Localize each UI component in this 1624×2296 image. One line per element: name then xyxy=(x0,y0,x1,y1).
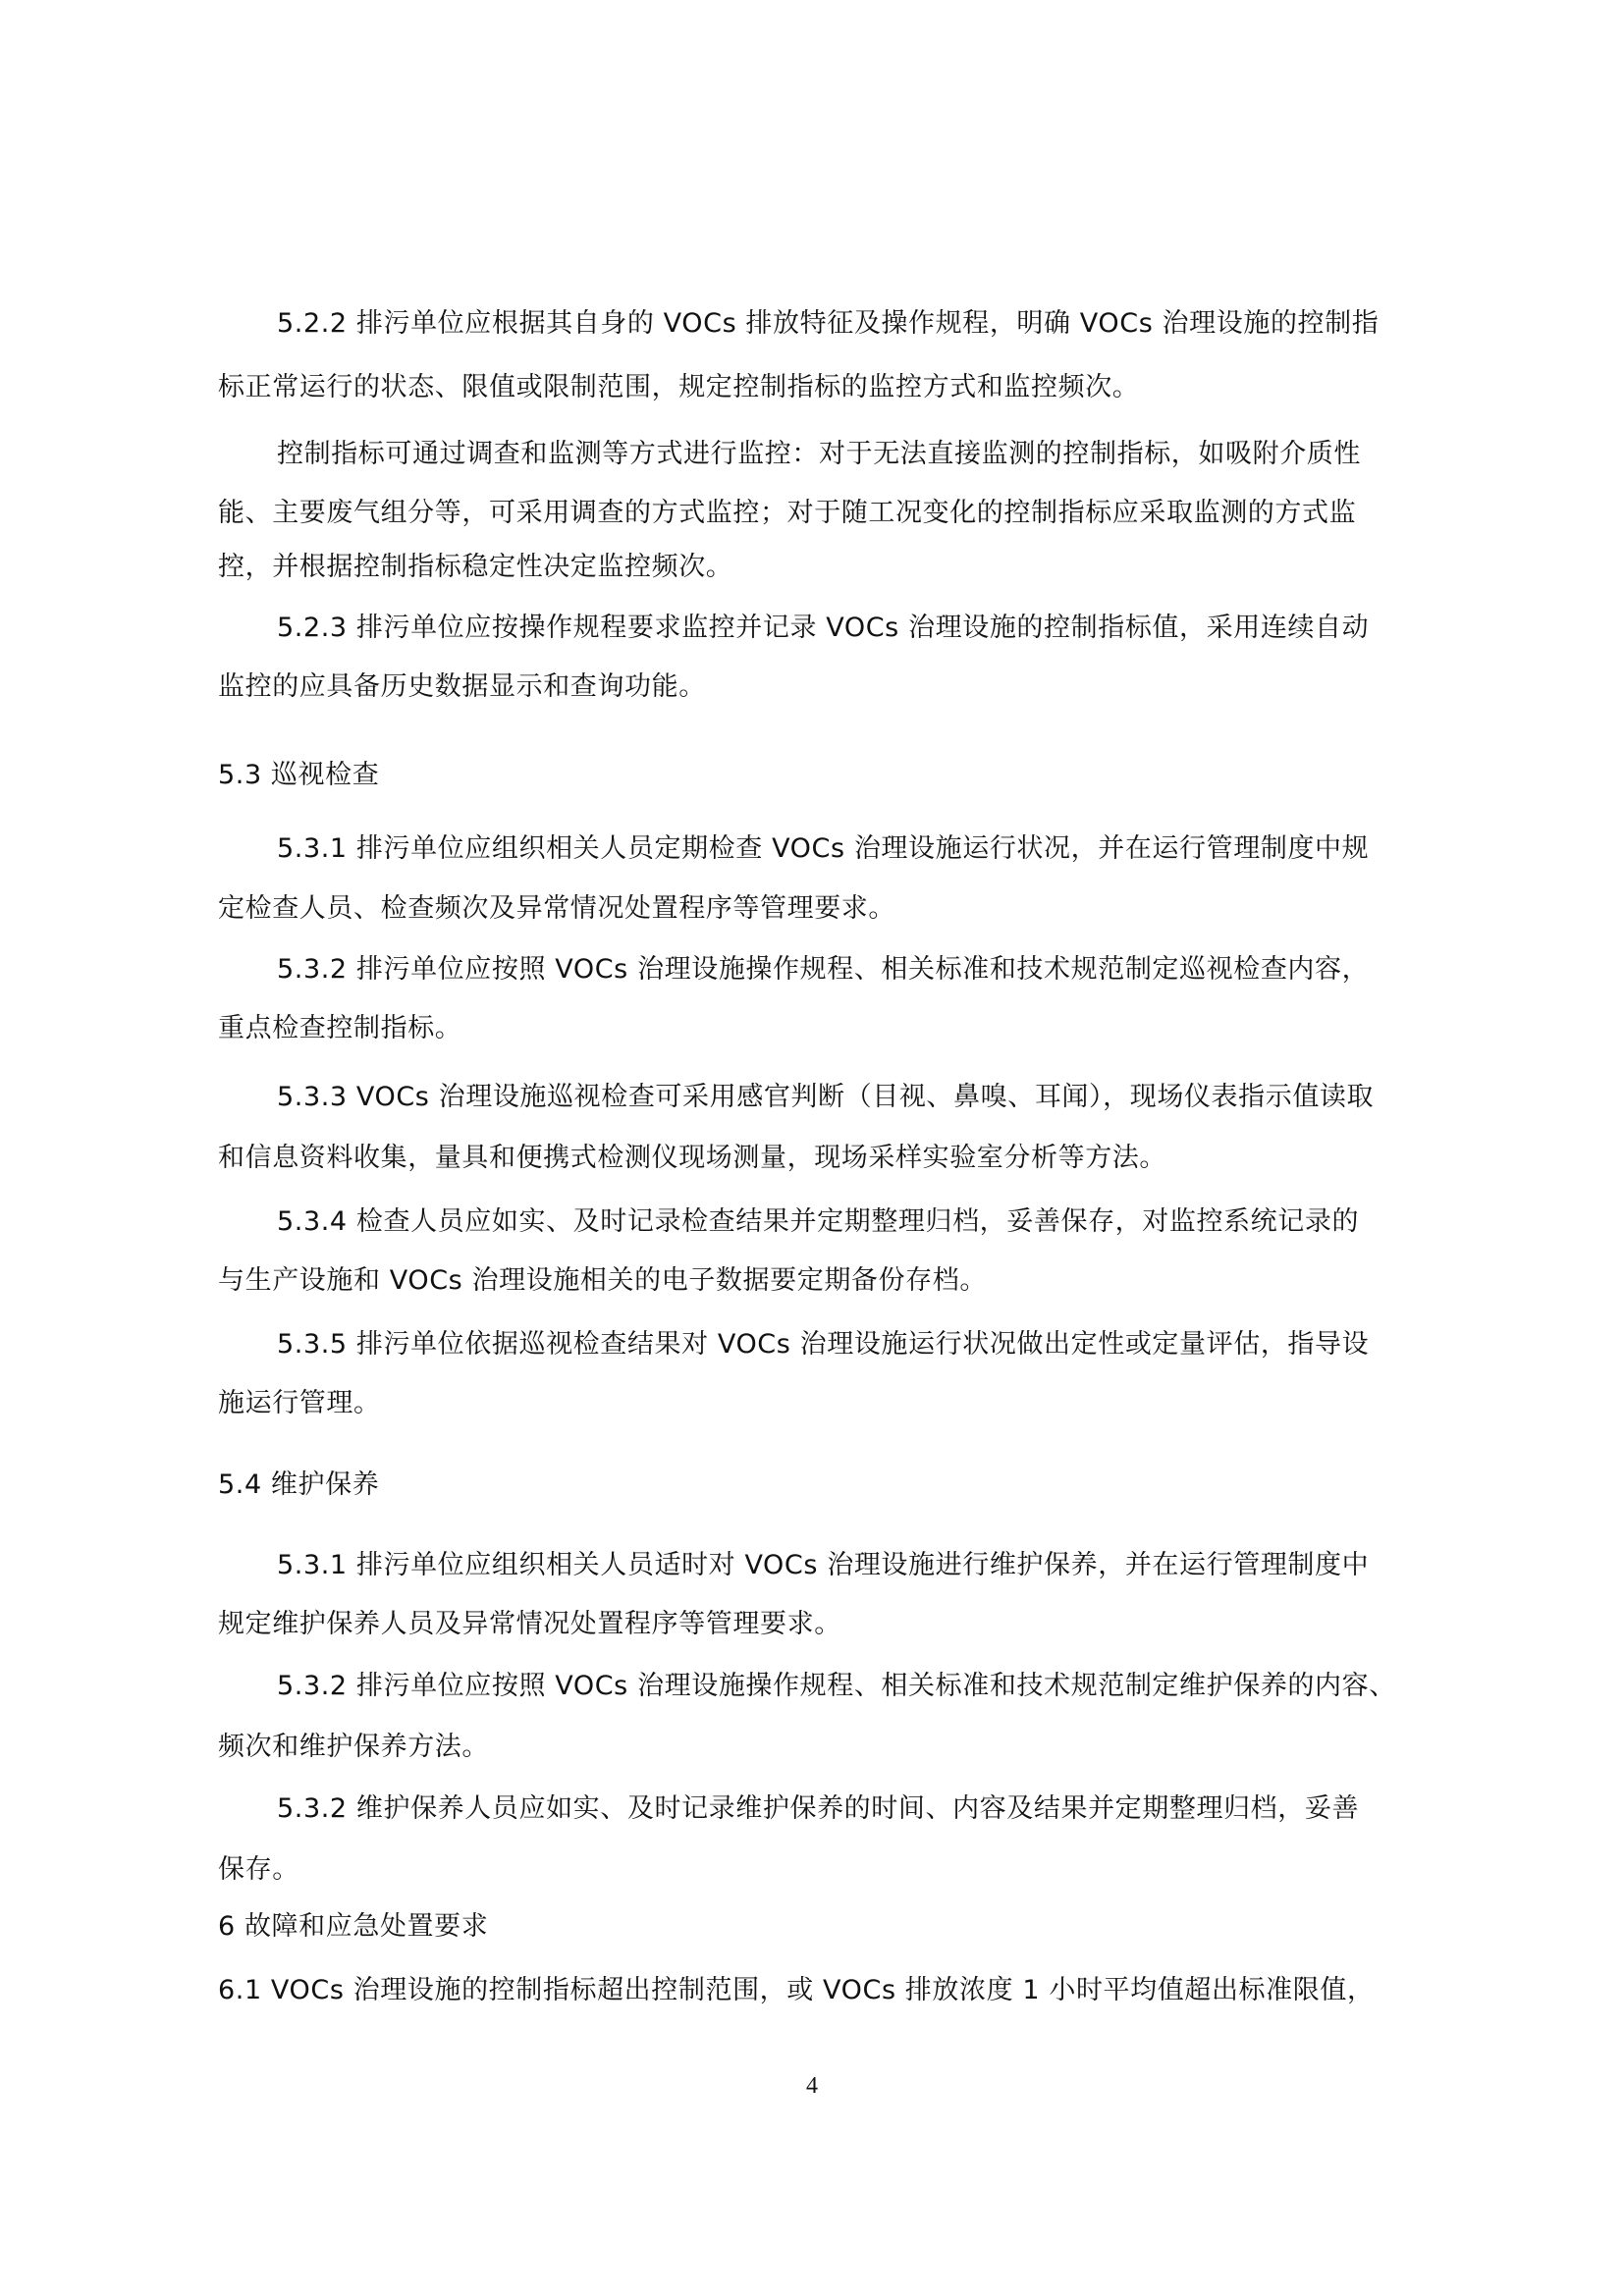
paragraph-6-1-line-1: 6.1 VOCs 治理设施的控制指标超出控制范围，或 VOCs 排放浓度 1 小… xyxy=(218,1973,1435,2008)
paragraph-5-4-1-line-2: 规定维护保养人员及异常情况处置程序等管理要求。 xyxy=(218,1607,1435,1642)
paragraph-5-3-1-line-2: 定检查人员、检查频次及异常情况处置程序等管理要求。 xyxy=(218,891,1435,927)
paragraph-5-3-4-line-1: 5.3.4 检查人员应如实、及时记录检查结果并定期整理归档，妥善保存，对监控系统… xyxy=(277,1204,1435,1240)
paragraph-5-3-3-line-1: 5.3.3 VOCs 治理设施巡视检查可采用感官判断（目视、鼻嗅、耳闻），现场仪… xyxy=(277,1080,1435,1115)
paragraph-5-2-2-line-2: 标正常运行的状态、限值或限制范围，规定控制指标的监控方式和监控频次。 xyxy=(218,370,1435,405)
page-number: 4 xyxy=(0,2073,1624,2100)
paragraph-control-monitoring-line-3: 控，并根据控制指标稳定性决定监控频次。 xyxy=(218,550,1435,585)
paragraph-control-monitoring-line-1: 控制指标可通过调查和监测等方式进行监控：对于无法直接监测的控制指标，如吸附介质性 xyxy=(277,437,1435,472)
paragraph-5-4-3-line-2: 保存。 xyxy=(218,1852,1435,1888)
paragraph-control-monitoring-line-2: 能、主要废气组分等，可采用调查的方式监控；对于随工况变化的控制指标应采取监测的方… xyxy=(218,496,1435,531)
paragraph-5-4-2-line-2: 频次和维护保养方法。 xyxy=(218,1730,1435,1765)
paragraph-5-3-4-line-2: 与生产设施和 VOCs 治理设施相关的电子数据要定期备份存档。 xyxy=(218,1263,1435,1299)
paragraph-5-3-2-line-1: 5.3.2 排污单位应按照 VOCs 治理设施操作规程、相关标准和技术规范制定巡… xyxy=(277,952,1435,988)
paragraph-5-4-2-line-1: 5.3.2 排污单位应按照 VOCs 治理设施操作规程、相关标准和技术规范制定维… xyxy=(277,1669,1435,1704)
paragraph-5-3-1-line-1: 5.3.1 排污单位应组织相关人员定期检查 VOCs 治理设施运行状况，并在运行… xyxy=(277,831,1435,867)
paragraph-5-3-3-line-2: 和信息资料收集，量具和便携式检测仪现场测量，现场采样实验室分析等方法。 xyxy=(218,1141,1435,1176)
paragraph-5-4-3-line-1: 5.3.2 维护保养人员应如实、及时记录维护保养的时间、内容及结果并定期整理归档… xyxy=(277,1791,1435,1827)
section-heading-5-4: 5.4 维护保养 xyxy=(218,1468,1435,1503)
paragraph-5-3-5-line-2: 施运行管理。 xyxy=(218,1386,1435,1421)
paragraph-5-2-3-line-2: 监控的应具备历史数据显示和查询功能。 xyxy=(218,669,1435,705)
paragraph-5-2-3-line-1: 5.2.3 排污单位应按操作规程要求监控并记录 VOCs 治理设施的控制指标值，… xyxy=(277,611,1435,646)
paragraph-5-4-1-line-1: 5.3.1 排污单位应组织相关人员适时对 VOCs 治理设施进行维护保养，并在运… xyxy=(277,1548,1435,1583)
section-heading-5-3: 5.3 巡视检查 xyxy=(218,758,1435,793)
paragraph-5-2-2-line-1: 5.2.2 排污单位应根据其自身的 VOCs 排放特征及操作规程，明确 VOCs… xyxy=(277,306,1435,342)
paragraph-5-3-2-line-2: 重点检查控制指标。 xyxy=(218,1011,1435,1046)
paragraph-5-3-5-line-1: 5.3.5 排污单位依据巡视检查结果对 VOCs 治理设施运行状况做出定性或定量… xyxy=(277,1327,1435,1362)
section-heading-6: 6 故障和应急处置要求 xyxy=(218,1909,1435,1945)
